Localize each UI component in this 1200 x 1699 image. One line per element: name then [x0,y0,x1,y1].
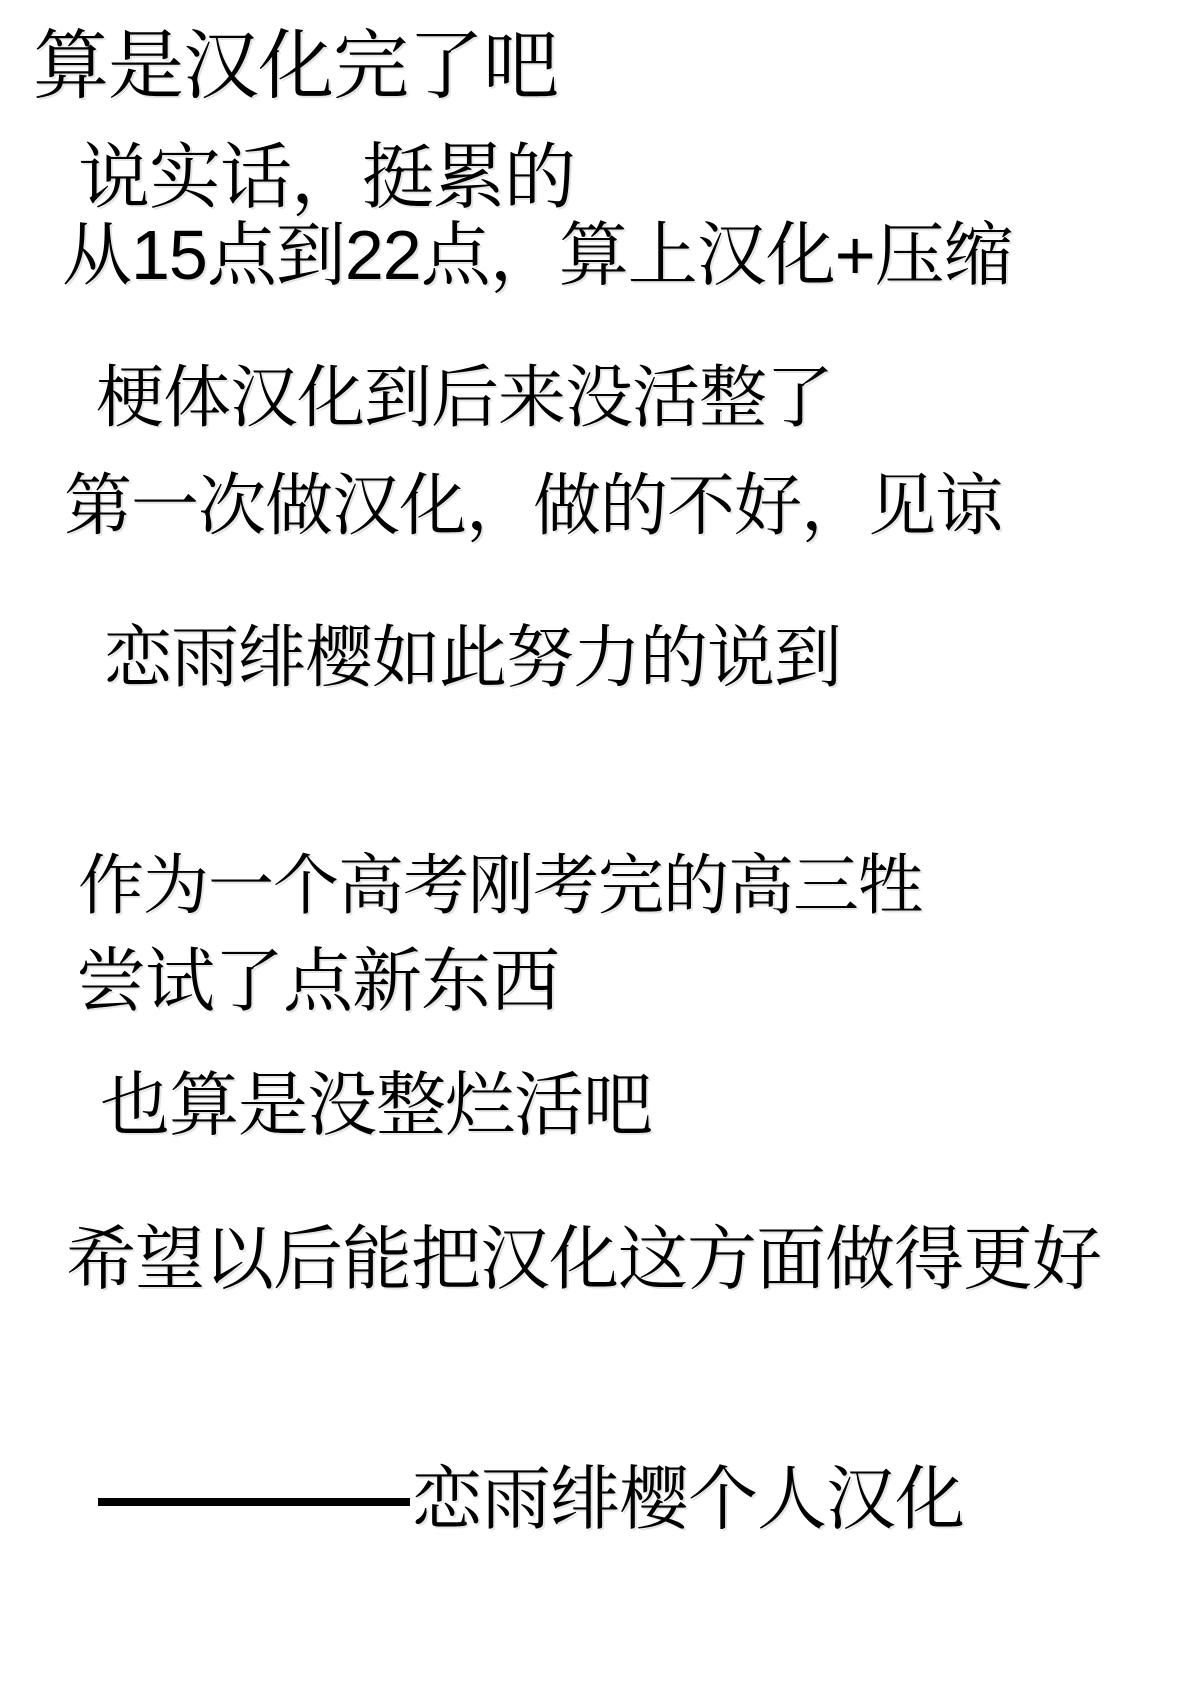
signature-line: —————— 恋雨绯樱个人汉化 [98,1462,964,1538]
caption-line: 梗体汉化到后来没活整了 [96,362,833,435]
signature-dash-line: —————— [98,1498,410,1506]
caption-line: 也算是没整烂活吧 [100,1068,652,1144]
translator-note-page: 算是汉化完了吧 说实话，挺累的 从15点到22点，算上汉化+压缩 梗体汉化到后来… [0,0,1200,1699]
caption-line: 第一次做汉化，做的不好，见谅 [64,470,1002,543]
caption-line: 尝试了点新东西 [76,944,559,1020]
caption-line: 作为一个高考刚考完的高三牲 [78,850,923,921]
signature-text: 恋雨绯樱个人汉化 [412,1462,964,1538]
caption-line: 从15点到22点，算上汉化+压缩 [62,218,1013,294]
caption-line: 说实话，挺累的 [78,140,575,218]
caption-line: 算是汉化完了吧 [33,26,558,108]
caption-line: 希望以后能把汉化这方面做得更好 [66,1222,1101,1298]
caption-line: 恋雨绯樱如此努力的说到 [104,622,841,695]
